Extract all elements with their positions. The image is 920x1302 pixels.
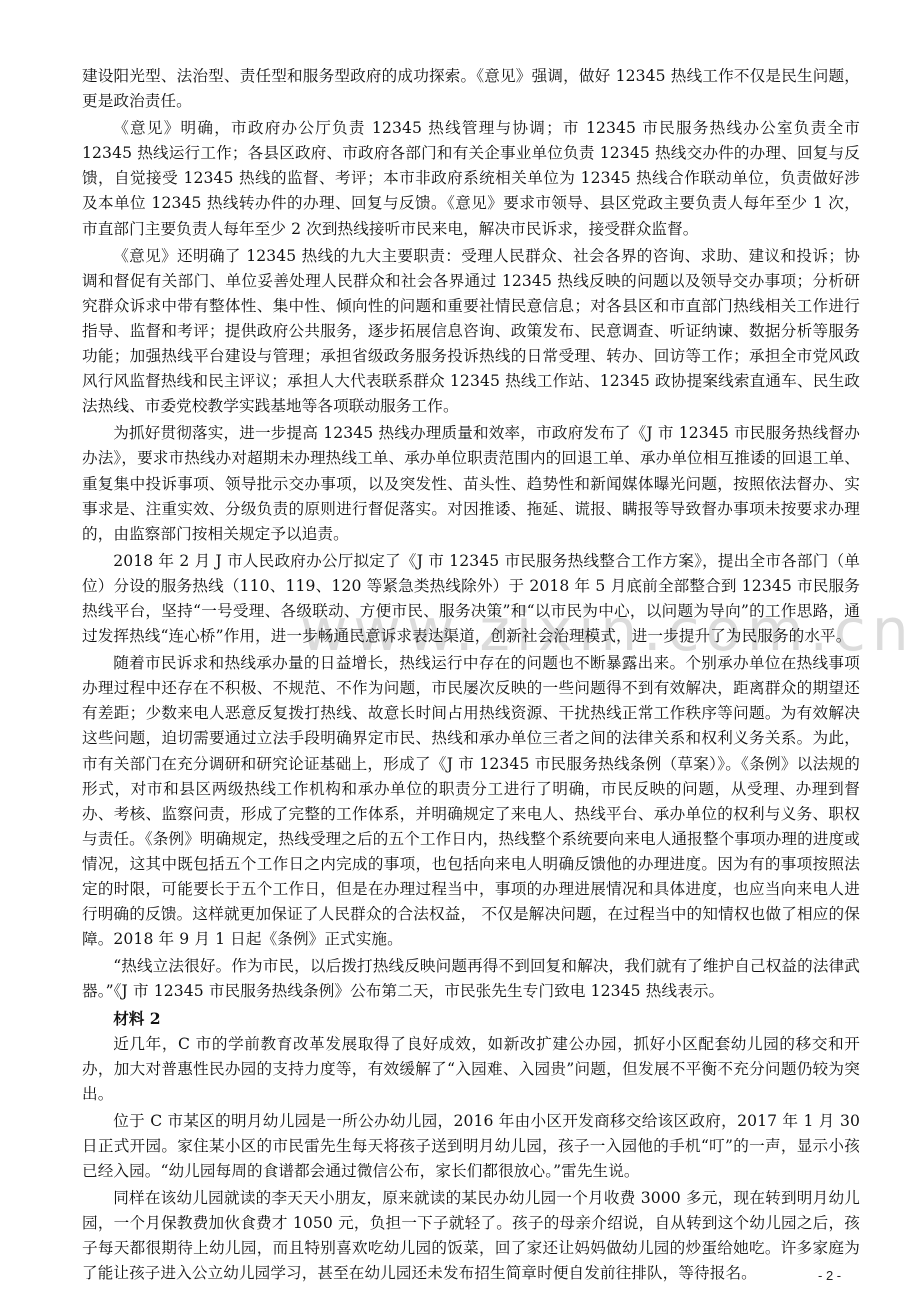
paragraph-5: 2018 年 2 月 J 市人民政府办公厅拟定了《J 市 12345 市民服务热… [82,549,860,649]
material2-paragraph-1: 近几年，C 市的学前教育改革发展取得了良好成效，如新改扩建公办园，抓好小区配套幼… [82,1032,860,1107]
material2-paragraph-3: 同样在该幼儿园就读的李天天小朋友，原来就读的某民办幼儿园一个月收费 3000 多… [82,1186,860,1286]
paragraph-1: 建设阳光型、法治型、责任型和服务型政府的成功探索。《意见》强调，做好 12345… [82,64,860,114]
paragraph-7: “热线立法很好。作为市民，以后拨打热线反映问题再得不到回复和解决，我们就有了维护… [82,954,860,1004]
paragraph-6: 随着市民诉求和热线承办量的日益增长，热线运行中存在的问题也不断暴露出来。个别承办… [82,651,860,952]
material2-paragraph-2: 位于 C 市某区的明月幼儿园是一所公办幼儿园，2016 年由小区开发商移交给该区… [82,1109,860,1184]
paragraph-3: 《意见》还明确了 12345 热线的九大主要职责：受理人民群众、社会各界的咨询、… [82,244,860,420]
document-body: 建设阳光型、法治型、责任型和服务型政府的成功探索。《意见》强调，做好 12345… [82,64,860,1287]
paragraph-2: 《意见》明确，市政府办公厅负责 12345 热线管理与协调；市 12345 市民… [82,116,860,241]
paragraph-4: 为抓好贯彻落实，进一步提高 12345 热线办理质量和效率，市政府发布了《J 市… [82,421,860,546]
section-heading-material-2: 材料 2 [82,1006,860,1031]
